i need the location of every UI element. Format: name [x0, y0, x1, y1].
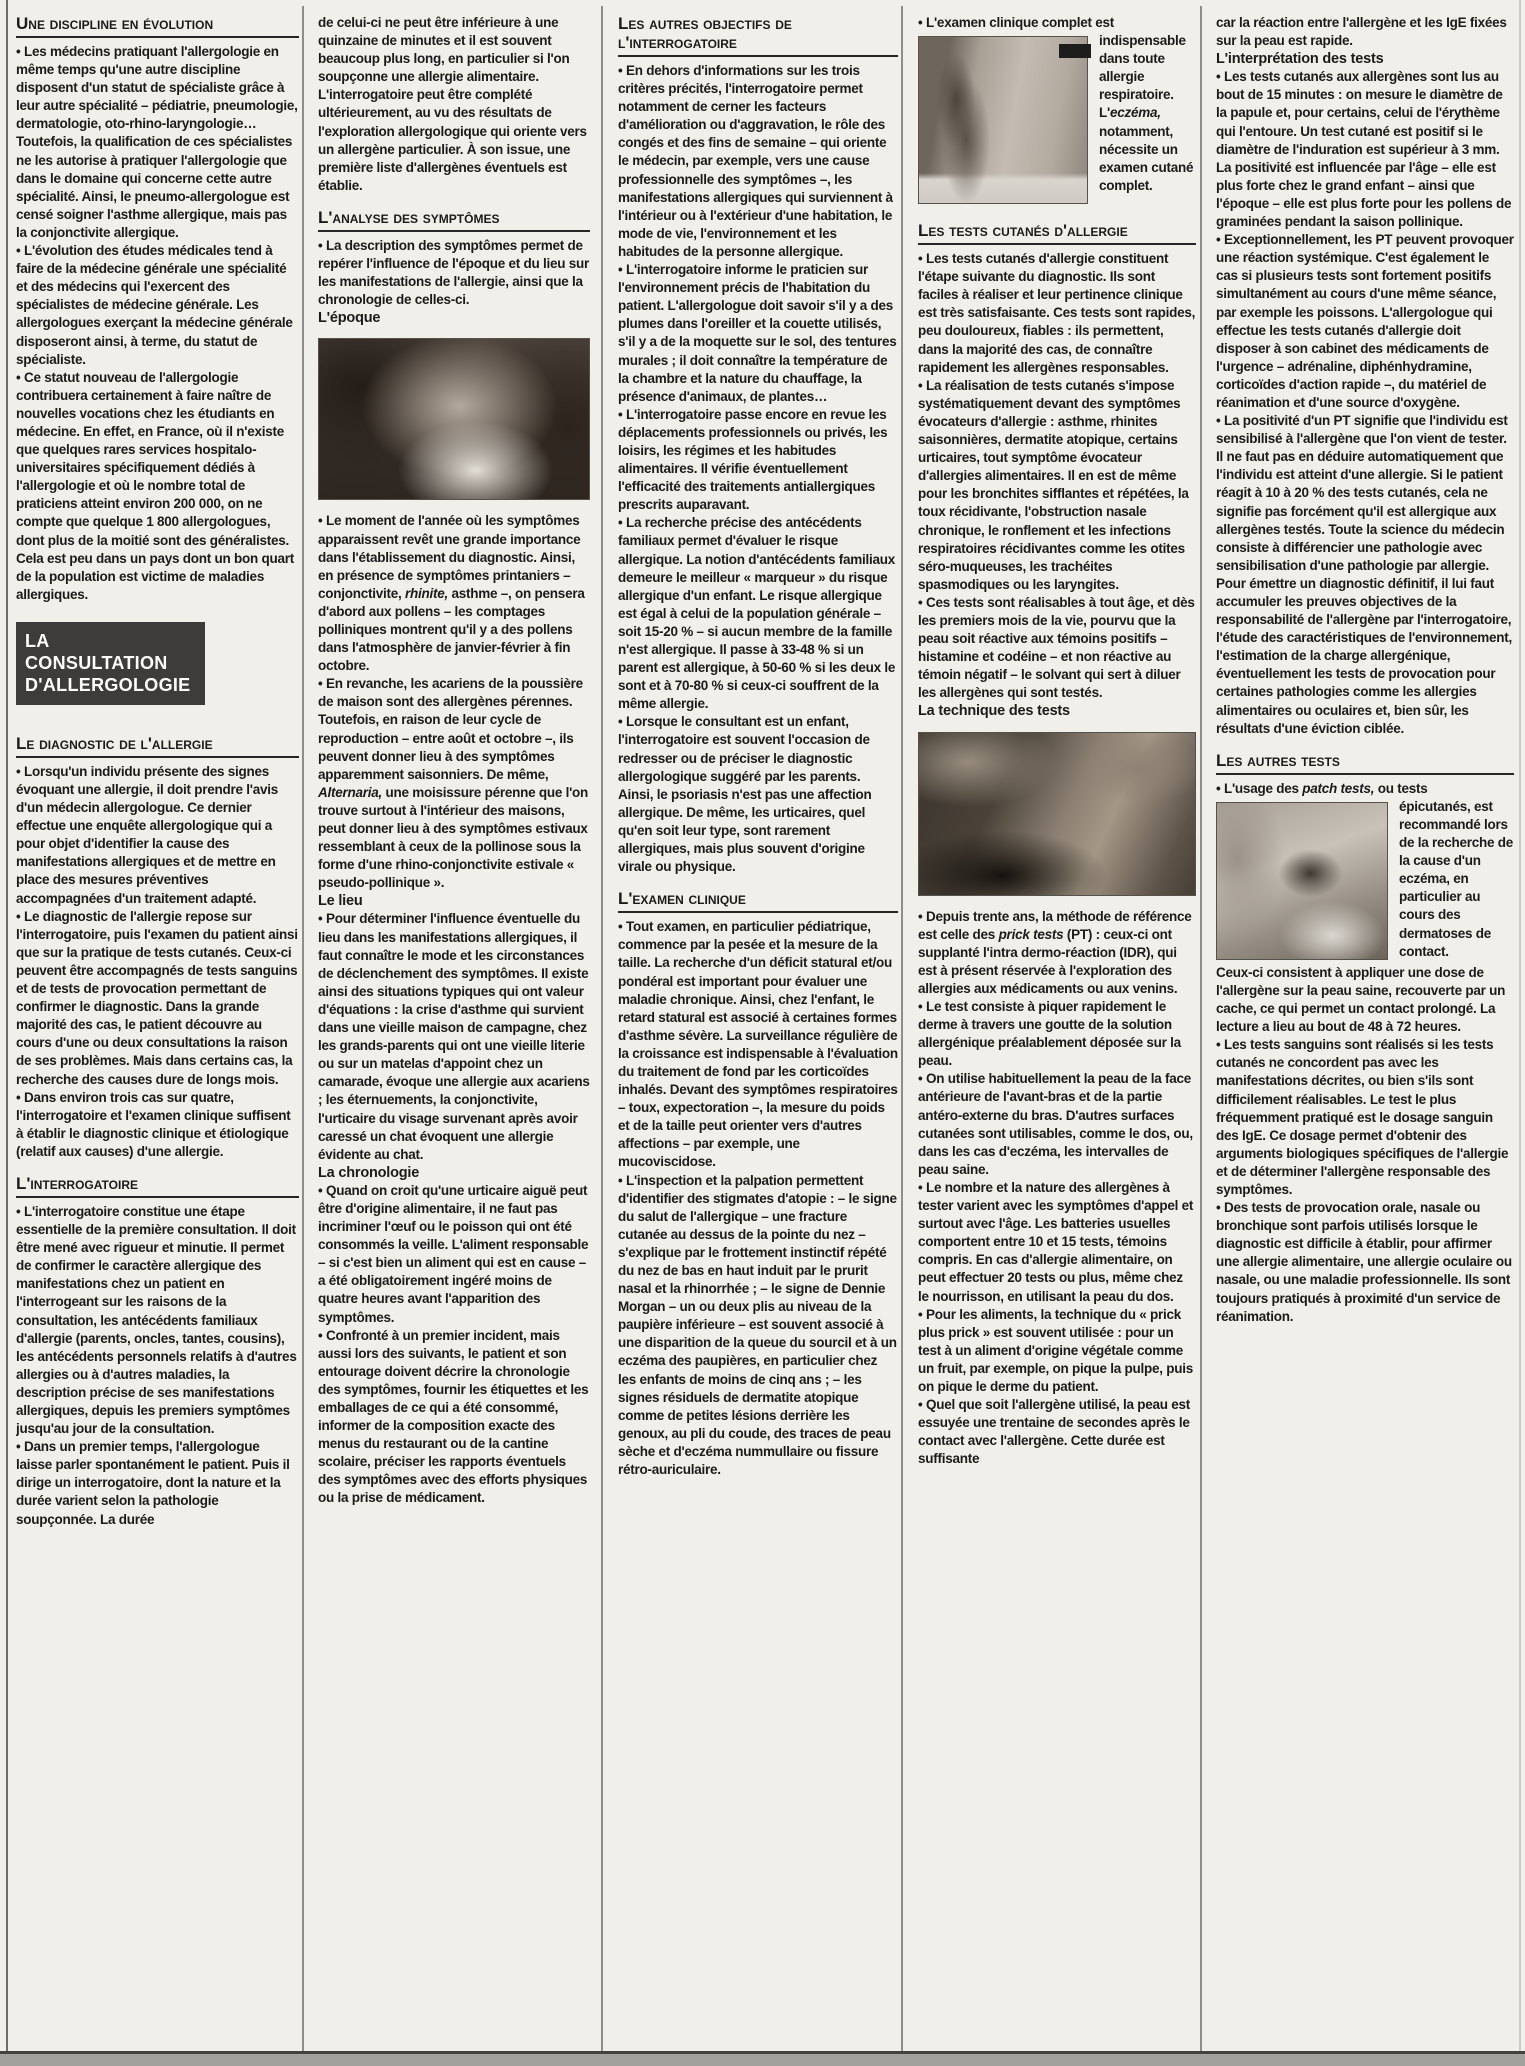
- section-heading: Une discipline en évolution: [16, 14, 299, 38]
- eczema-photo: [918, 36, 1088, 204]
- section-heading: L'analyse des symptômes: [318, 208, 590, 232]
- patch-test-photo: [1216, 802, 1388, 960]
- black-marker-box: [1059, 44, 1091, 58]
- sub-heading: L'époque: [318, 309, 590, 327]
- paragraph: • Le nombre et la nature des allergènes …: [918, 1179, 1196, 1306]
- paragraph: • Lorsque le consultant est un enfant, l…: [618, 713, 898, 876]
- paragraph: • Lorsqu'un individu présente des signes…: [16, 763, 299, 908]
- paragraph: • L'inspection et la palpation permetten…: [618, 1172, 898, 1480]
- paragraph: • Depuis trente ans, la méthode de référ…: [918, 908, 1196, 998]
- encyclopedia-page: Une discipline en évolution• Les médecin…: [0, 0, 1525, 2066]
- section-heading: Le diagnostic de l'allergie: [16, 734, 299, 758]
- text-column-4: • L'examen clinique complet estindispens…: [918, 14, 1196, 2050]
- paragraph: • Tout examen, en particulier pédiatriqu…: [618, 918, 898, 1171]
- sub-heading: La chronologie: [318, 1164, 590, 1182]
- section-heading: L'interrogatoire: [16, 1174, 299, 1198]
- paragraph: • Pour les aliments, la technique du « p…: [918, 1306, 1196, 1396]
- paragraph: • En revanche, les acariens de la poussi…: [318, 675, 590, 892]
- sub-heading: L'interprétation des tests: [1216, 50, 1514, 68]
- paragraph: • L'examen clinique complet est: [918, 14, 1196, 32]
- page-right-edge-line: [1519, 0, 1521, 2052]
- section-heading: Les autres objectifs de l'interrogatoire: [618, 14, 898, 57]
- paragraph: • L'interrogatoire constitue une étape e…: [16, 1203, 299, 1438]
- paragraph: • Dans un premier temps, l'allergologue …: [16, 1438, 299, 1528]
- text-column-3: Les autres objectifs de l'interrogatoire…: [618, 14, 898, 2050]
- text-column-1: Une discipline en évolution• Les médecin…: [16, 14, 299, 2050]
- paragraph: • La positivité d'un PT signifie que l'i…: [1216, 412, 1514, 738]
- paragraph: • Le test consiste à piquer rapidement l…: [918, 998, 1196, 1070]
- paragraph: car la réaction entre l'allergène et les…: [1216, 14, 1514, 50]
- chapter-box-heading: LA CONSULTATION D'ALLERGOLOGIE: [16, 622, 205, 705]
- sneezing-woman-photo: [318, 338, 590, 500]
- paragraph: • Le moment de l'année où les symptômes …: [318, 512, 590, 675]
- paragraph: • Ces tests sont réalisables à tout âge,…: [918, 594, 1196, 703]
- paragraph: • La description des symptômes permet de…: [318, 237, 590, 309]
- prick-test-photo: [918, 732, 1196, 896]
- text-column-2: de celui-ci ne peut être inférieure à un…: [318, 14, 590, 2050]
- paragraph: • L'usage des patch tests, ou tests: [1216, 780, 1514, 798]
- paragraph: • Dans environ trois cas sur quatre, l'i…: [16, 1089, 299, 1161]
- paragraph: • On utilise habituellement la peau de l…: [918, 1070, 1196, 1179]
- paragraph: • La réalisation de tests cutanés s'impo…: [918, 377, 1196, 594]
- paragraph: • En dehors d'informations sur les trois…: [618, 62, 898, 261]
- paragraph: • Les médecins pratiquant l'allergologie…: [16, 43, 299, 242]
- paragraph: Ceux-ci consistent à appliquer une dose …: [1216, 964, 1514, 1036]
- page-left-edge-line: [6, 0, 8, 2052]
- paragraph: de celui-ci ne peut être inférieure à un…: [318, 14, 590, 195]
- column-divider: [302, 6, 304, 2052]
- column-divider: [601, 6, 603, 2052]
- paragraph: • Quand on croit qu'une urticaire aiguë …: [318, 1182, 590, 1327]
- paragraph: • L'interrogatoire informe le praticien …: [618, 261, 898, 406]
- column-divider: [901, 6, 903, 2052]
- paragraph: • Des tests de provocation orale, nasale…: [1216, 1199, 1514, 1326]
- paragraph: • Pour déterminer l'influence éventuelle…: [318, 910, 590, 1163]
- section-heading: L'examen clinique: [618, 889, 898, 913]
- page-edge-shadow: [0, 2054, 1525, 2066]
- sub-heading: La technique des tests: [918, 702, 1196, 720]
- paragraph: • Quel que soit l'allergène utilisé, la …: [918, 1396, 1196, 1468]
- paragraph: • La recherche précise des antécédents f…: [618, 514, 898, 713]
- text-column-5: car la réaction entre l'allergène et les…: [1216, 14, 1514, 2050]
- paragraph: • Confronté à un premier incident, mais …: [318, 1327, 590, 1508]
- paragraph: • Le diagnostic de l'allergie repose sur…: [16, 908, 299, 1089]
- paragraph: • Les tests sanguins sont réalisés si le…: [1216, 1036, 1514, 1199]
- paragraph: • L'évolution des études médicales tend …: [16, 242, 299, 369]
- section-heading: Les autres tests: [1216, 751, 1514, 775]
- paragraph: • Exceptionnellement, les PT peuvent pro…: [1216, 231, 1514, 412]
- sub-heading: Le lieu: [318, 892, 590, 910]
- paragraph: • L'interrogatoire passe encore en revue…: [618, 406, 898, 515]
- paragraph: • Les tests cutanés aux allergènes sont …: [1216, 68, 1514, 231]
- column-divider: [1200, 6, 1202, 2052]
- paragraph: • Les tests cutanés d'allergie constitue…: [918, 250, 1196, 377]
- paragraph: • Ce statut nouveau de l'allergologie co…: [16, 369, 299, 604]
- section-heading: Les tests cutanés d'allergie: [918, 221, 1196, 245]
